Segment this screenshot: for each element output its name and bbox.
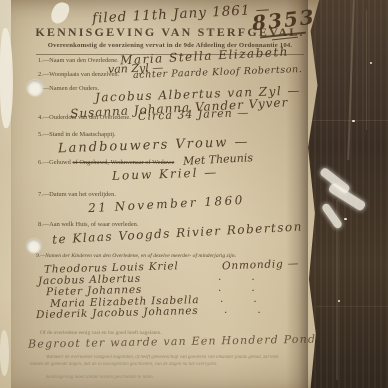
field-6-label-struck: of Ongehuwd, Weduwenaar of Weduwe [72, 159, 174, 166]
field-2-label: 2.—Woonplaats van denzelven. [38, 71, 119, 78]
binding-hline-2 [316, 306, 388, 307]
scanned-document: filed 11th Jany 1861 — 8353 KENNISGEVING… [0, 0, 388, 388]
hole-punch-bottom [27, 239, 41, 253]
field-9-label: 9.—Namen der Kinderen van den Overledene… [36, 253, 236, 259]
estate-note-line3: Kennisgeving moet zonder kosten geschied… [46, 375, 154, 380]
field-3-label: 3.—Namen der Ouders. [38, 85, 99, 92]
estate-note-line1: Wanneer de overledene vastgoed nagelaten… [46, 355, 278, 360]
binding-streak-2 [366, 10, 367, 130]
form-title: KENNISGEVING VAN STERFGEVAL. [30, 25, 310, 40]
binding-speck-1 [352, 120, 355, 122]
binding-speck-4 [338, 300, 340, 302]
field-7-label: 7.—Datum van het overlijden. [38, 191, 116, 198]
field-8-label: 8.—Aan welk Huis, of waar overleden. [38, 221, 138, 228]
estate-note-line2: binnen de gemelde dagen, met de in navol… [30, 362, 218, 367]
hole-punch-top [27, 80, 43, 96]
field-6-label: 6.—Gehuwd of Ongehuwd, Weduwenaar of Wed… [38, 159, 174, 166]
field-1-label: 1.—Naam van den Overledene. [38, 57, 119, 64]
binding-speck-3 [344, 218, 347, 220]
page-curl-shadow [286, 0, 308, 388]
paper-tear-bottom-left [0, 330, 9, 376]
child-row-5-status: . . [224, 304, 261, 316]
field-5-label: 5.—Stand in de Maatschappij. [38, 131, 116, 138]
field-6-label-kept: 6.—Gehuwd [38, 159, 71, 166]
binding-speck-2 [370, 62, 372, 64]
field-4-label: 4.—Ouderdom van den Overledene. [38, 114, 131, 121]
binding-hline-1 [310, 120, 388, 121]
